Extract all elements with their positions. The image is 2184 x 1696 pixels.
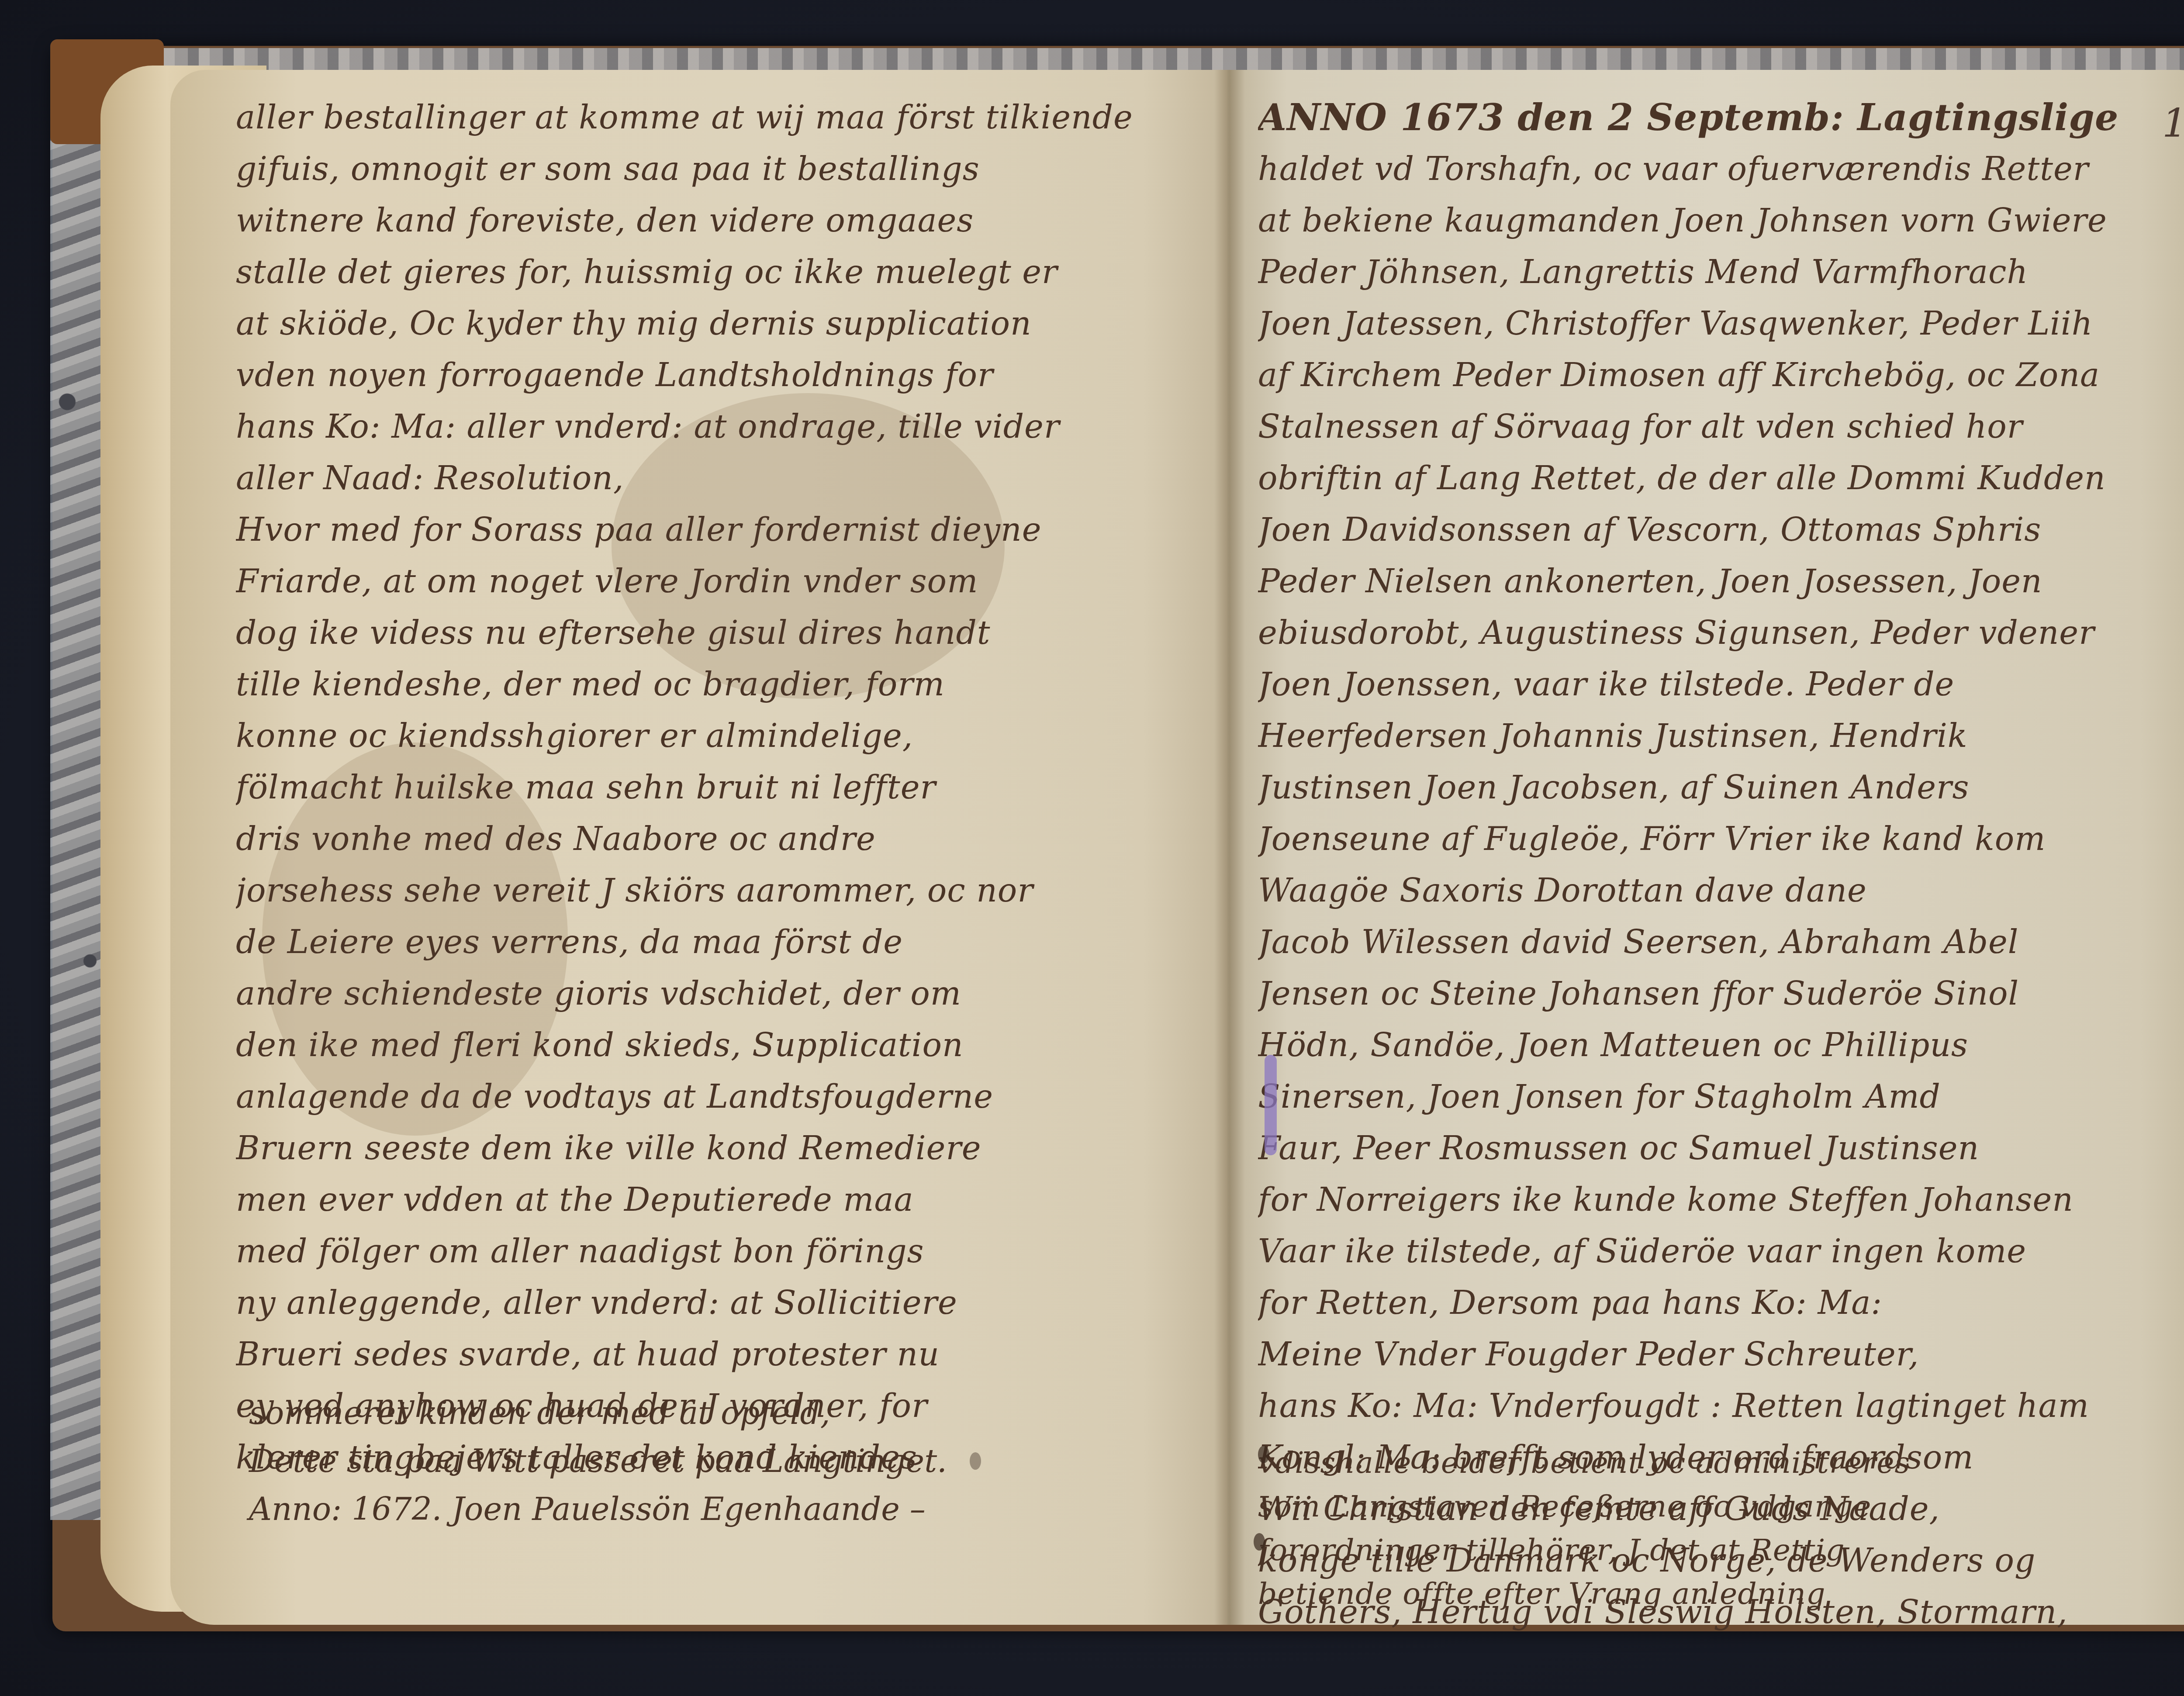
manuscript-line: obriftin af Lang Rettet, de der alle Dom… (1258, 452, 2184, 504)
left-page-closing: sommeret kinden der med at opfeld, Dette… (249, 1389, 947, 1533)
signature-line-2: Anno: 1672. Joen Pauelssön Egenhaande – (249, 1485, 947, 1533)
manuscript-line: vdisshalle beider betient oc administrer… (1258, 1441, 2184, 1485)
manuscript-line: Joen Davidsonssen af Vescorn, Ottomas Sp… (1258, 504, 2184, 556)
manuscript-line: Heerfedersen Johannis Justinsen, Hendrik (1258, 710, 2184, 762)
manuscript-line: aller bestallinger at komme at wij maa f… (236, 92, 1210, 143)
manuscript-line: men ever vdden at the Deputierede maa (236, 1174, 1210, 1226)
manuscript-line: sommeret kinden der med at opfeld, (249, 1389, 947, 1437)
manuscript-line: stalle det gieres for, huissmig oc ikke … (236, 246, 1210, 298)
right-page-bottom-text: vdisshalle beider betient oc administrer… (1258, 1441, 2184, 1616)
right-page-text: ANNO 1673 den 2 Septemb: Lagtingslige ha… (1258, 92, 2184, 1638)
book-gutter (1214, 70, 1245, 1625)
manuscript-line: Jensen oc Steine Johansen ffor Suderöe S… (1258, 968, 2184, 1019)
manuscript-line: Peder Jöhnsen, Langrettis Mend Varmfhora… (1258, 246, 2184, 298)
manuscript-line: dog ike videss nu eftersehe gisul dires … (236, 607, 1210, 659)
manuscript-line: forordninger tillehörer, J det at Rettig (1258, 1529, 2184, 1572)
manuscript-line: aller Naad: Resolution, (236, 452, 1210, 504)
manuscript-line: Brueri sedes svarde, at huad protester n… (236, 1329, 1210, 1380)
manuscript-line: Bruern seeste dem ike ville kond Remedie… (236, 1123, 1210, 1174)
manuscript-line: Joen Joenssen, vaar ike tilstede. Peder … (1258, 659, 2184, 710)
manuscript-line: dris vonhe med des Naabore oc andre (236, 813, 1210, 865)
manuscript-line: gifuis, omnogit er som saa paa it bestal… (236, 143, 1210, 195)
manuscript-line: Stalnessen af Sörvaag for alt vden schie… (1258, 401, 2184, 452)
manuscript-line: at skiöde, Oc kyder thy mig dernis suppl… (236, 298, 1210, 349)
manuscript-line: hans Ko: Ma: aller vnderd: at ondrage, t… (236, 401, 1210, 452)
manuscript-line: vden noyen forrogaende Landtsholdnings f… (236, 349, 1210, 401)
entry-heading: ANNO 1673 den 2 Septemb: Lagtingslige (1258, 92, 2184, 143)
manuscript-line: Justinsen Joen Jacobsen, af Suinen Ander… (1258, 762, 2184, 813)
manuscript-line: ny anleggende, aller vnderd: at Sollicit… (236, 1277, 1210, 1329)
manuscript-line: witnere kand foreviste, den videre omgaa… (236, 195, 1210, 246)
manuscript-line: af Kirchem Peder Dimosen aff Kirchebög, … (1258, 349, 2184, 401)
manuscript-line: Hödn, Sandöe, Joen Matteuen oc Phillipus (1258, 1019, 2184, 1071)
manuscript-line: Peder Nielsen ankonerten, Joen Josessen,… (1258, 556, 2184, 607)
manuscript-line: konne oc kiendsshgiorer er almindelige, (236, 710, 1210, 762)
paper-hole (970, 1452, 981, 1470)
manuscript-line: betiende offte efter Vrang anledning (1258, 1572, 2184, 1616)
marbled-board-left (50, 122, 107, 1520)
manuscript-line: Friarde, at om noget vlere Jordin vnder … (236, 556, 1210, 607)
manuscript-line: de Leiere eyes verrens, da maa först de (236, 916, 1210, 968)
manuscript-line: den ike med fleri kond skieds, Supplicat… (236, 1019, 1210, 1071)
left-page-text: aller bestallinger at komme at wij maa f… (236, 92, 1210, 1483)
manuscript-line: for Norreigers ike kunde kome Steffen Jo… (1258, 1174, 2184, 1226)
manuscript-line: Meine Vnder Fougder Peder Schreuter, (1258, 1329, 2184, 1380)
paper-hole (1254, 1533, 1265, 1551)
manuscript-line: at bekiene kaugmanden Joen Johnsen vorn … (1258, 195, 2184, 246)
manuscript-line: hans Ko: Ma: Vnderfougdt : Retten lagtin… (1258, 1380, 2184, 1432)
manuscript-line: Waagöe Saxoris Dorottan dave dane (1258, 865, 2184, 916)
paper-hole (1258, 1446, 1269, 1463)
manuscript-line: Joen Jatessen, Christoffer Vasqwenker, P… (1258, 298, 2184, 349)
manuscript-line: ebiusdorobt, Augustiness Sigunsen, Peder… (1258, 607, 2184, 659)
manuscript-line: tille kiendeshe, der med oc bragdier, fo… (236, 659, 1210, 710)
manuscript-line: jorsehess sehe vereit J skiörs aarommer,… (236, 865, 1210, 916)
manuscript-line: anlagende da de vodtays at Landtsfougder… (236, 1071, 1210, 1123)
manuscript-line: Faur, Peer Rosmussen oc Samuel Justinsen (1258, 1123, 2184, 1174)
manuscript-line: som Langstaven Receßerne oc vdgange (1258, 1485, 2184, 1529)
manuscript-line: for Retten, Dersom paa hans Ko: Ma: (1258, 1277, 2184, 1329)
manuscript-line: Hvor med for Sorass paa aller fordernist… (236, 504, 1210, 556)
manuscript-line: Vaar ike tilstede, af Süderöe vaar ingen… (1258, 1226, 2184, 1277)
signature-line-1: Dette sta paa Witt passeret paa Langting… (249, 1437, 947, 1485)
manuscript-line: med fölger om aller naadigst bon förings (236, 1226, 1210, 1277)
manuscript-line: Sinersen, Joen Jonsen for Stagholm Amd (1258, 1071, 2184, 1123)
manuscript-line: Jacob Wilessen david Seersen, Abraham Ab… (1258, 916, 2184, 968)
manuscript-line: Joenseune af Fugleöe, Förr Vrier ike kan… (1258, 813, 2184, 865)
manuscript-line: andre schiendeste gioris vdschidet, der … (236, 968, 1210, 1019)
manuscript-line: fölmacht huilske maa sehn bruit ni lefft… (236, 762, 1210, 813)
manuscript-line: haldet vd Torshafn, oc vaar ofuerværendi… (1258, 143, 2184, 195)
violet-margin-mark (1265, 1055, 1277, 1155)
